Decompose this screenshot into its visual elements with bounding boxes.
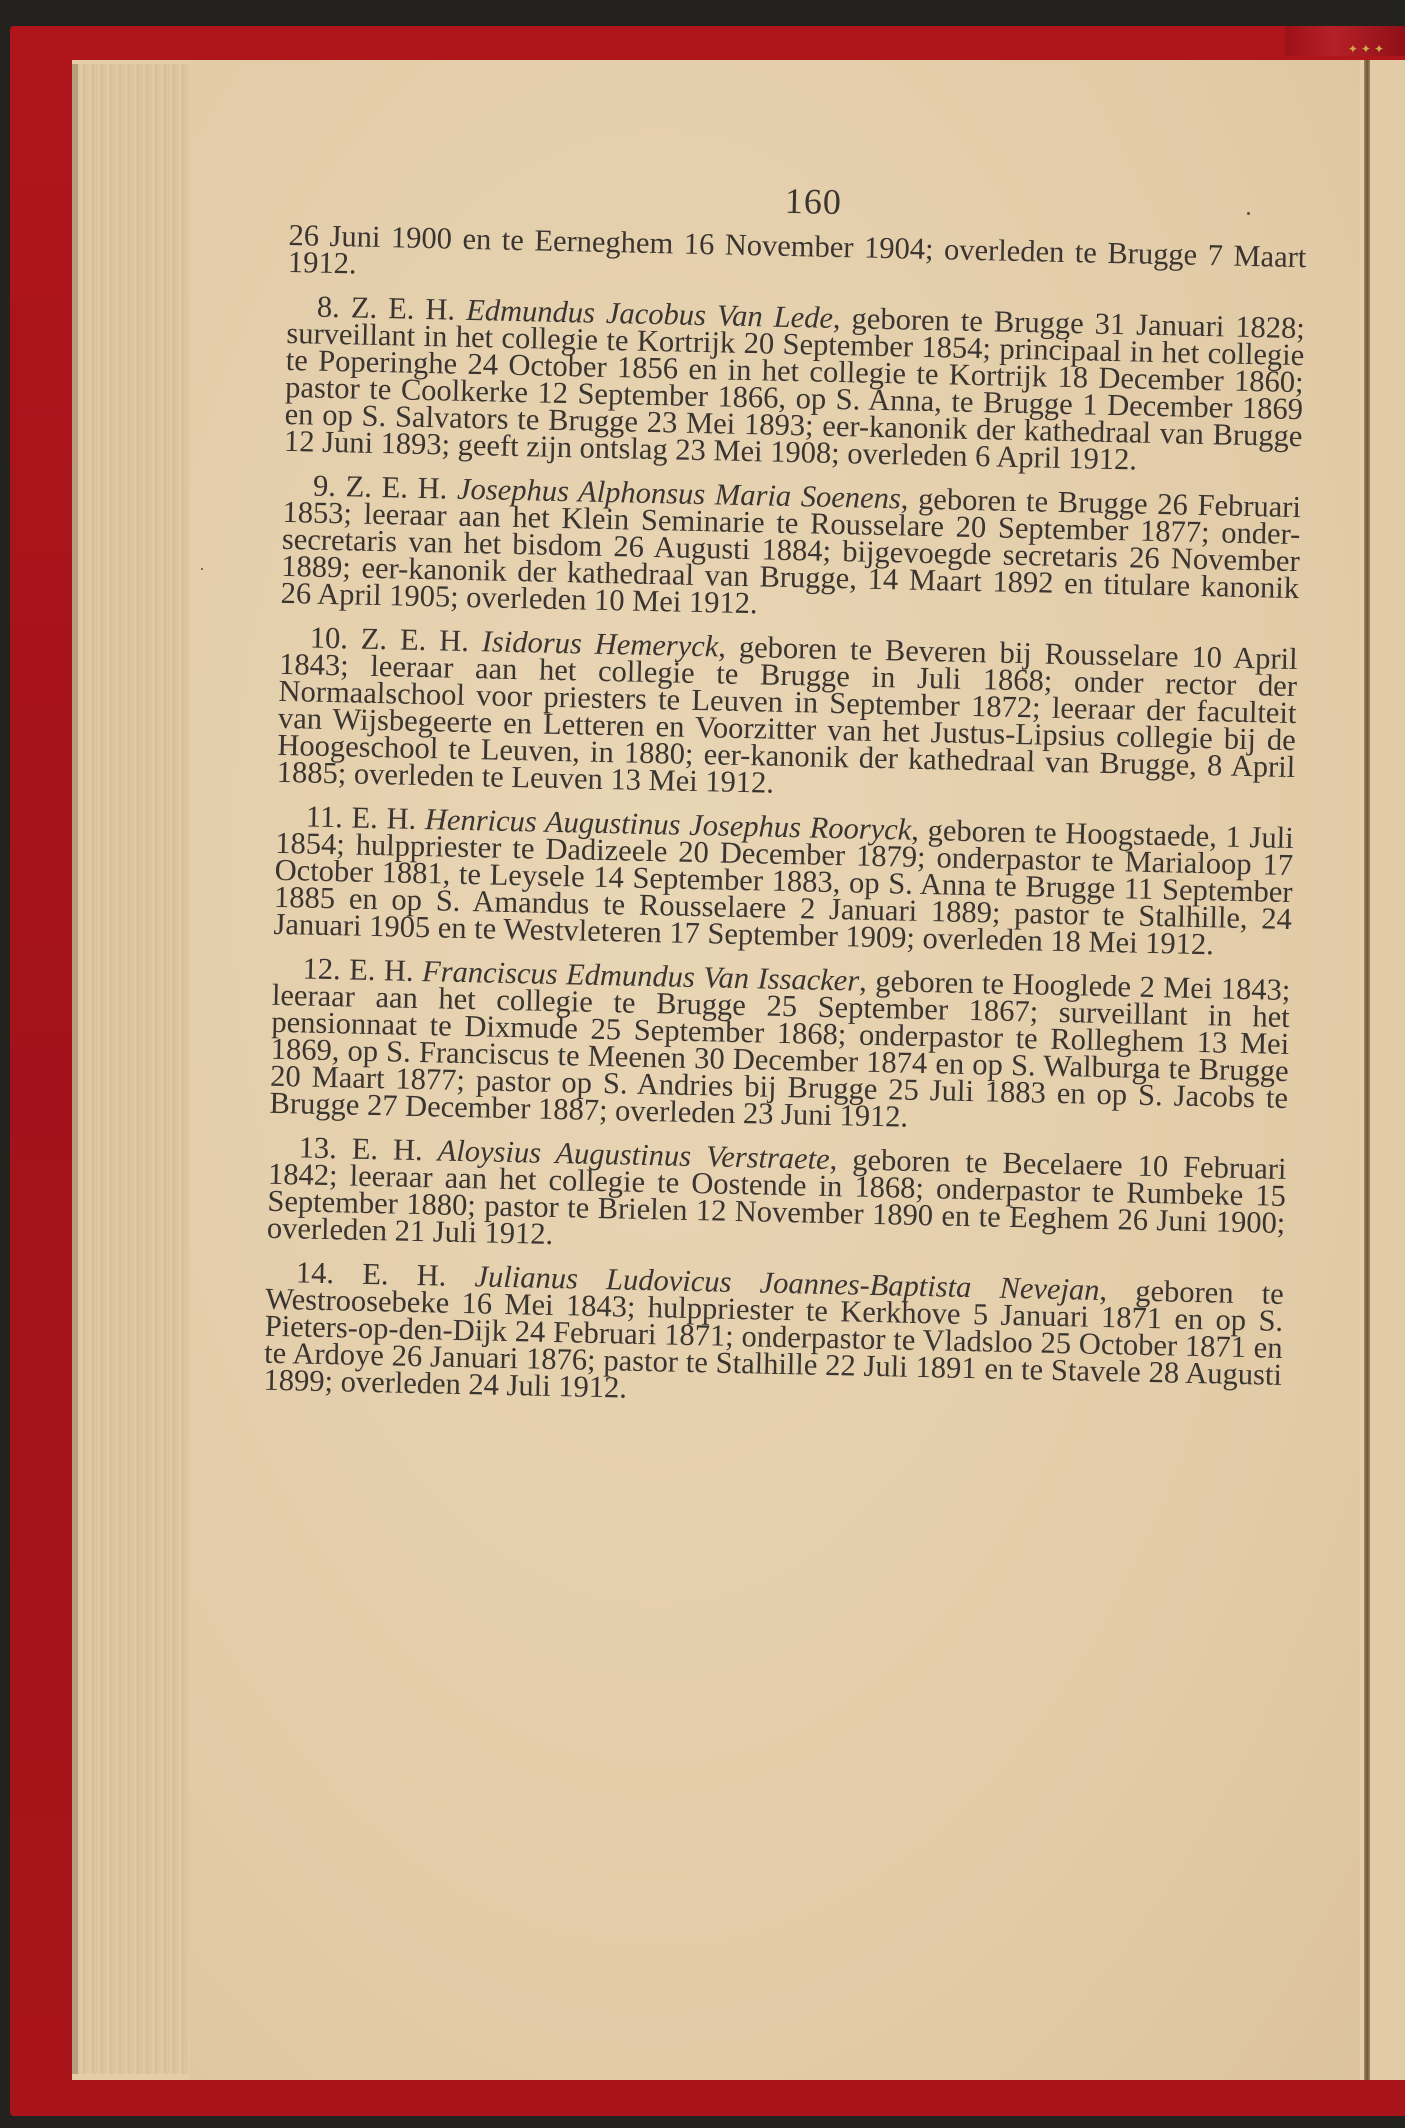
entry-text: , geboren te Hooglede 2 Mei 1843; leeraa… <box>269 964 1290 1134</box>
obituary-entry-10: 10. Z. E. H. Isidorus Hemeryck, geboren … <box>277 624 1298 808</box>
page-text: 160 26 Juni 1900 en te Eerneghem 16 Nove… <box>263 170 1308 1433</box>
paper-speck <box>201 568 203 570</box>
entry-text: , geboren te Beveren bij Rousselare 10 A… <box>276 629 1297 799</box>
page-edges <box>72 64 190 2074</box>
continuation-paragraph: 26 Juni 1900 en te Eerneghem 16 November… <box>288 222 1307 298</box>
obituary-entry-8: 8. Z. E. H. Edmundus Jacobus Van Lede, g… <box>284 293 1305 477</box>
obituary-entry-14: 14. E. H. Julianus Ludovicus Joannes-Bap… <box>263 1259 1284 1416</box>
obituary-entry-12: 12. E. H. Franciscus Edmundus Van Issack… <box>269 955 1290 1139</box>
obituary-entry-13: 13. E. H. Aloysius Augustinus Verstraete… <box>267 1134 1287 1264</box>
entry-text: , geboren te Brugge 31 Januari 1828; sur… <box>284 301 1305 477</box>
obituary-entry-9: 9. Z. E. H. Josephus Alphonsus Maria Soe… <box>280 472 1301 629</box>
spine-top <box>1285 26 1405 56</box>
obituary-entry-11: 11. E. H. Henricus Augustinus Josephus R… <box>273 803 1294 960</box>
next-page-edge <box>1370 60 1405 2080</box>
gilt-ornament: ✦✦✦ <box>1348 42 1387 56</box>
entry-text: , geboren te Westroosebeke 16 Mei 1843; … <box>263 1273 1284 1405</box>
